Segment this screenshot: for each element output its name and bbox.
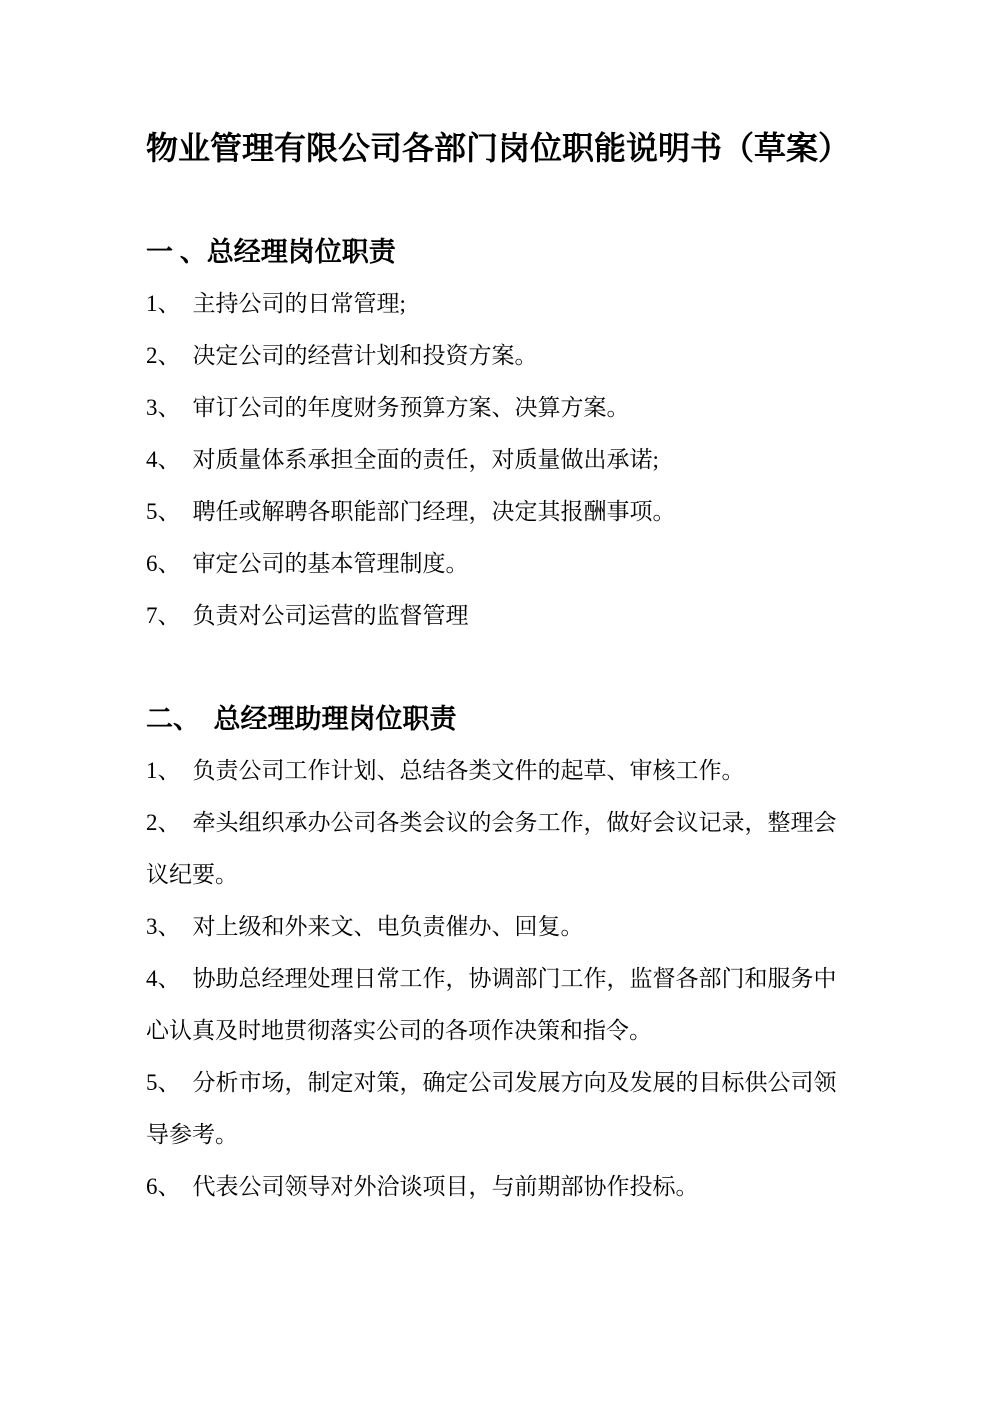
list-item: 3、审订公司的年度财务预算方案、决算方案。 [146,382,853,434]
list-item-text: 牵头组织承办公司各类会议的会务工作，做好会议记录，整理会 议纪要。 [146,810,837,887]
list-item-number: 3、 [146,395,181,420]
list-item-number: 3、 [146,914,181,939]
list-item-text: 代表公司领导对外洽谈项目，与前期部协作投标。 [193,1174,699,1199]
list-item: 5、聘任或解聘各职能部门经理，决定其报酬事项。 [146,486,853,538]
document-page: 物业管理有限公司各部门岗位职能说明书（草案） 一 、总经理岗位职责 1、主持公司… [0,0,993,1404]
list-item-text: 负责对公司运营的监督管理 [193,603,469,628]
document-section: 一 、总经理岗位职责 1、主持公司的日常管理; 2、决定公司的经营计划和投资方案… [146,234,853,642]
list-item: 2、决定公司的经营计划和投资方案。 [146,330,853,382]
list-item-number: 7、 [146,603,181,628]
list-item-text: 审定公司的基本管理制度。 [193,551,469,576]
list-item: 5、分析市场，制定对策，确定公司发展方向及发展的目标供公司领 导参考。 [146,1057,853,1161]
list-item-text: 协助总经理处理日常工作，协调部门工作，监督各部门和服务中 心认真及时地贯彻落实公… [146,966,837,1043]
list-item-number: 6、 [146,551,181,576]
list-item-number: 1、 [146,758,181,783]
list-item-text: 聘任或解聘各职能部门经理，决定其报酬事项。 [193,499,676,524]
document-section: 二、 总经理助理岗位职责 1、负责公司工作计划、总结各类文件的起草、审核工作。 … [146,701,853,1213]
list-item-text: 负责公司工作计划、总结各类文件的起草、审核工作。 [193,758,745,783]
list-item: 3、对上级和外来文、电负责催办、回复。 [146,901,853,953]
list-item: 4、协助总经理处理日常工作，协调部门工作，监督各部门和服务中 心认真及时地贯彻落… [146,953,853,1057]
list-item: 6、代表公司领导对外洽谈项目，与前期部协作投标。 [146,1161,853,1213]
list-item-number: 6、 [146,1174,181,1199]
section-heading: 二、 总经理助理岗位职责 [146,701,853,737]
list-item-text: 决定公司的经营计划和投资方案。 [193,343,538,368]
list-item-number: 1、 [146,291,181,316]
list-item-text: 分析市场，制定对策，确定公司发展方向及发展的目标供公司领 导参考。 [146,1070,837,1147]
list-item-number: 4、 [146,447,181,472]
list-item-number: 2、 [146,343,181,368]
list-item-text: 对上级和外来文、电负责催办、回复。 [193,914,584,939]
list-item: 7、负责对公司运营的监督管理 [146,590,853,642]
list-item-number: 5、 [146,1070,181,1095]
document-sections: 一 、总经理岗位职责 1、主持公司的日常管理; 2、决定公司的经营计划和投资方案… [146,234,853,1213]
list-item: 2、牵头组织承办公司各类会议的会务工作，做好会议记录，整理会 议纪要。 [146,797,853,901]
list-item-number: 5、 [146,499,181,524]
section-items: 1、主持公司的日常管理; 2、决定公司的经营计划和投资方案。 3、审订公司的年度… [146,278,853,642]
list-item: 4、对质量体系承担全面的责任，对质量做出承诺; [146,434,853,486]
list-item: 6、审定公司的基本管理制度。 [146,538,853,590]
list-item: 1、主持公司的日常管理; [146,278,853,330]
list-item-number: 4、 [146,966,181,991]
section-items: 1、负责公司工作计划、总结各类文件的起草、审核工作。 2、牵头组织承办公司各类会… [146,745,853,1213]
list-item: 1、负责公司工作计划、总结各类文件的起草、审核工作。 [146,745,853,797]
list-item-text: 主持公司的日常管理; [193,291,406,316]
document-title: 物业管理有限公司各部门岗位职能说明书（草案） [146,127,853,169]
section-heading: 一 、总经理岗位职责 [146,234,853,270]
list-item-number: 2、 [146,810,181,835]
list-item-text: 对质量体系承担全面的责任，对质量做出承诺; [193,447,659,472]
list-item-text: 审订公司的年度财务预算方案、决算方案。 [193,395,630,420]
